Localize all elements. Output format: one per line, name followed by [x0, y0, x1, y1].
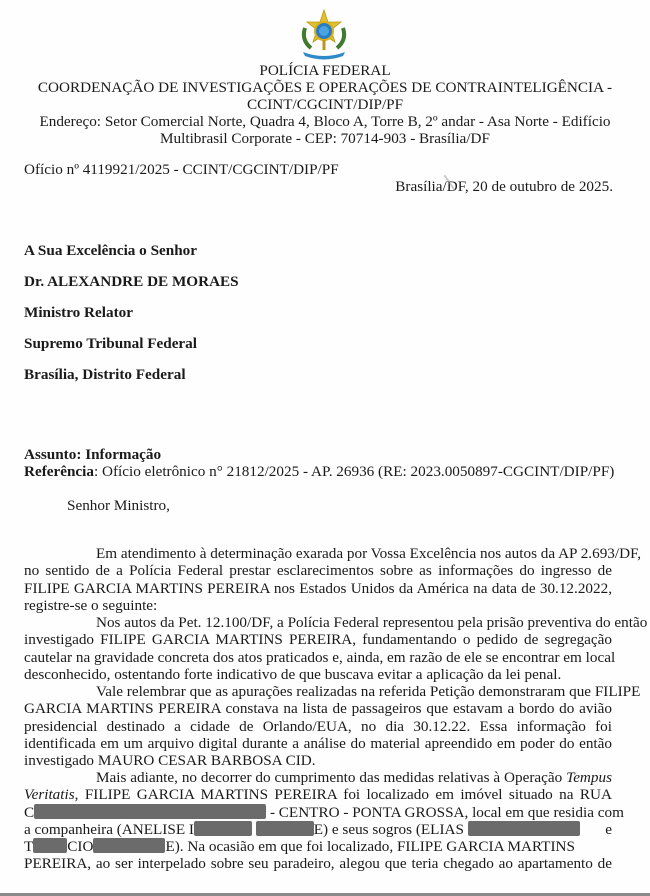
document-page: POLÍCIA FEDERAL COORDENAÇÃO DE INVESTIGA… — [0, 0, 650, 893]
recipient-salutation: A Sua Excelência o Senhor — [24, 242, 197, 259]
department-name: COORDENAÇÃO DE INVESTIGAÇÕES E OPERAÇÕES… — [0, 79, 650, 96]
reference-line: Referência: Ofício eletrônico n° 21812/2… — [24, 463, 614, 480]
paragraph-line: investigado FILIPE GARCIA MARTINS PEREIR… — [24, 631, 612, 648]
recipient-court: Supremo Tribunal Federal — [24, 335, 197, 352]
paragraph-3: Vale relembrar que as apurações realizad… — [24, 683, 612, 769]
paragraph-line: registre-se o seguinte: — [24, 597, 612, 614]
redacted-name — [256, 821, 314, 836]
redacted-name — [33, 838, 67, 853]
reference-label: Referência — [24, 463, 94, 480]
paragraph-2: Nos autos da Pet. 12.100/DF, a Polícia F… — [24, 614, 612, 683]
paragraph-line: GARCIA MARTINS PEREIRA constava na lista… — [24, 700, 612, 717]
place-date: Brasília/DF, 20 de outubro de 2025. — [395, 178, 613, 195]
paragraph-line: cautelar na gravidade concreta dos atos … — [24, 649, 612, 666]
paragraph-line: Vale relembrar que as apurações realizad… — [24, 683, 612, 700]
paragraph-line: Mais adiante, no decorrer do cumprimento… — [24, 769, 612, 786]
brazil-coat-of-arms-icon — [297, 8, 351, 60]
greeting: Senhor Ministro, — [67, 497, 170, 514]
redacted-address — [34, 804, 266, 819]
paragraph-line: TCIOE). Na ocasião em que foi localizado… — [24, 838, 612, 855]
address-line-2: Multibrasil Corporate - CEP: 70714-903 -… — [0, 130, 650, 147]
paragraph-line: PEREIRA, ao ser interpelado sobre seu pa… — [24, 855, 612, 872]
address-line-1: Endereço: Setor Comercial Norte, Quadra … — [0, 113, 650, 130]
redacted-name — [194, 821, 252, 836]
paragraph-line: a companheira (ANELISE I E) e seus sogro… — [24, 821, 612, 838]
recipient-location: Brasília, Distrito Federal — [24, 366, 186, 383]
paragraph-line: presidencial destinado a cidade de Orlan… — [24, 718, 612, 735]
subject-line: Assunto: Informação — [24, 446, 161, 463]
paragraph-line: Nos autos da Pet. 12.100/DF, a Polícia F… — [24, 614, 612, 631]
agency-name: POLÍCIA FEDERAL — [0, 62, 650, 79]
redacted-name — [468, 821, 580, 836]
paragraph-line: investigado MAURO CESAR BARBOSA CID. — [24, 752, 612, 769]
paragraph-line: Em atendimento à determinação exarada po… — [24, 545, 612, 562]
paragraph-line: FILIPE GARCIA MARTINS PEREIRA nos Estado… — [24, 580, 612, 597]
document-number: Ofício nº 4119921/2025 - CCINT/CGCINT/DI… — [24, 161, 339, 178]
department-code: CCINT/CGCINT/DIP/PF — [0, 96, 650, 113]
paragraph-line: Veritatis, FILIPE GARCIA MARTINS PEREIRA… — [24, 786, 612, 803]
redacted-name — [93, 838, 165, 853]
recipient-title: Ministro Relator — [24, 304, 133, 321]
paragraph-line: no sentido de a Polícia Federal prestar … — [24, 562, 612, 579]
paragraph-4: Mais adiante, no decorrer do cumprimento… — [24, 769, 612, 873]
paragraph-line: identificada em um arquivo digital duran… — [24, 735, 612, 752]
paragraph-line: C - CENTRO - PONTA GROSSA, local em que … — [24, 804, 612, 821]
reference-text: : Ofício eletrônico n° 21812/2025 - AP. … — [94, 463, 614, 480]
paragraph-1: Em atendimento à determinação exarada po… — [24, 545, 612, 614]
paragraph-line: desconhecido, ostentando forte indicativ… — [24, 666, 612, 683]
recipient-name: Dr. ALEXANDRE DE MORAES — [24, 273, 239, 290]
